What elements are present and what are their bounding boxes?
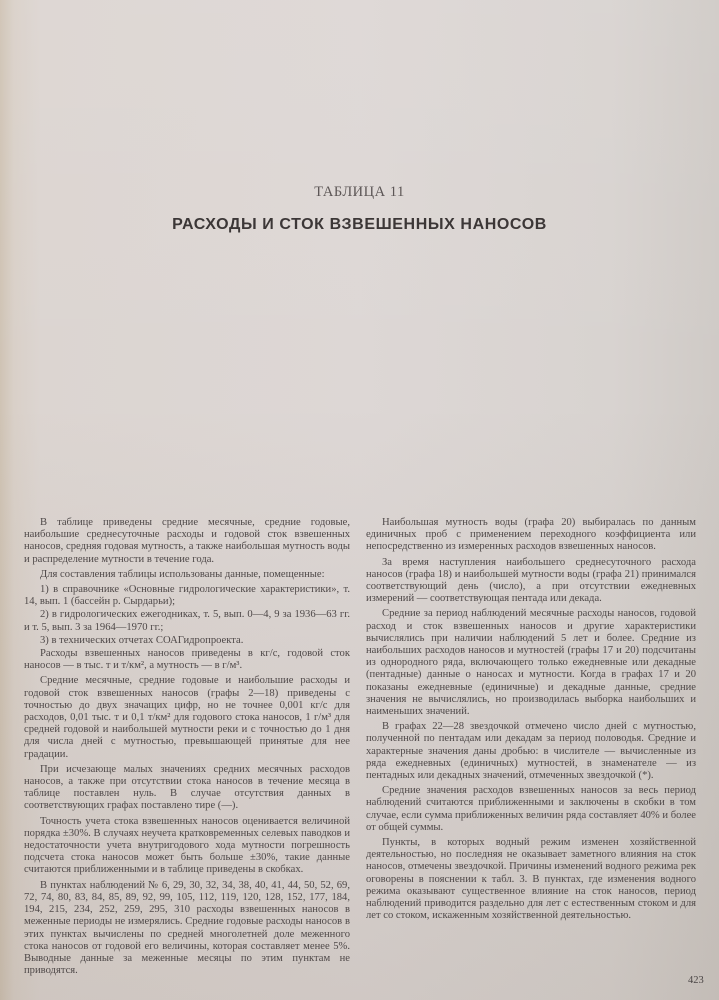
- paragraph-units: Расходы взвешенных наносов приведены в к…: [24, 648, 350, 672]
- right-text-column: Наибольшая мутность воды (графа 20) выби…: [366, 517, 696, 926]
- paragraph-sources-intro: Для составления таблицы использованы дан…: [24, 569, 350, 581]
- paragraph-max-turbidity: Наибольшая мутность воды (графа 20) выби…: [366, 517, 696, 554]
- paragraph-precision: Средние месячные, средние годовые и наиб…: [24, 675, 350, 760]
- table-title: РАСХОДЫ И СТОК ВЗВЕШЕННЫХ НАНОСОВ: [0, 216, 719, 234]
- paragraph-columns-22-28: В графах 22—28 звездочкой отмечено число…: [366, 721, 696, 782]
- paragraph-stations: В пунктах наблюдений № 6, 29, 30, 32, 34…: [24, 880, 350, 978]
- paragraph-intro: В таблице приведены средние месячные, ср…: [24, 517, 350, 566]
- list-item-source-2: 2) в гидрологических ежегодниках, т. 5, …: [24, 609, 350, 633]
- paragraph-averages: Средние за период наблюдений месячные ра…: [366, 608, 696, 718]
- paragraph-accuracy: Точность учета стока взвешенных наносов …: [24, 816, 350, 877]
- paragraph-timing: За время наступления наибольшего среднес…: [366, 557, 696, 606]
- paragraph-regime-changes: Пункты, в которых водный режим изменен х…: [366, 837, 696, 922]
- list-item-source-1: 1) в справочнике «Основные гидрологическ…: [24, 584, 350, 608]
- paragraph-approximate: Средние значения расходов взвешенных нан…: [366, 785, 696, 834]
- paragraph-zero-values: При исчезающе малых значениях средних ме…: [24, 764, 350, 813]
- table-number-label: ТАБЛИЦА 11: [0, 184, 719, 201]
- left-text-column: В таблице приведены средние месячные, ср…: [24, 517, 350, 980]
- page-number: 423: [688, 975, 704, 986]
- list-item-source-3: 3) в технических отчетах СОАГидропроекта…: [24, 635, 350, 647]
